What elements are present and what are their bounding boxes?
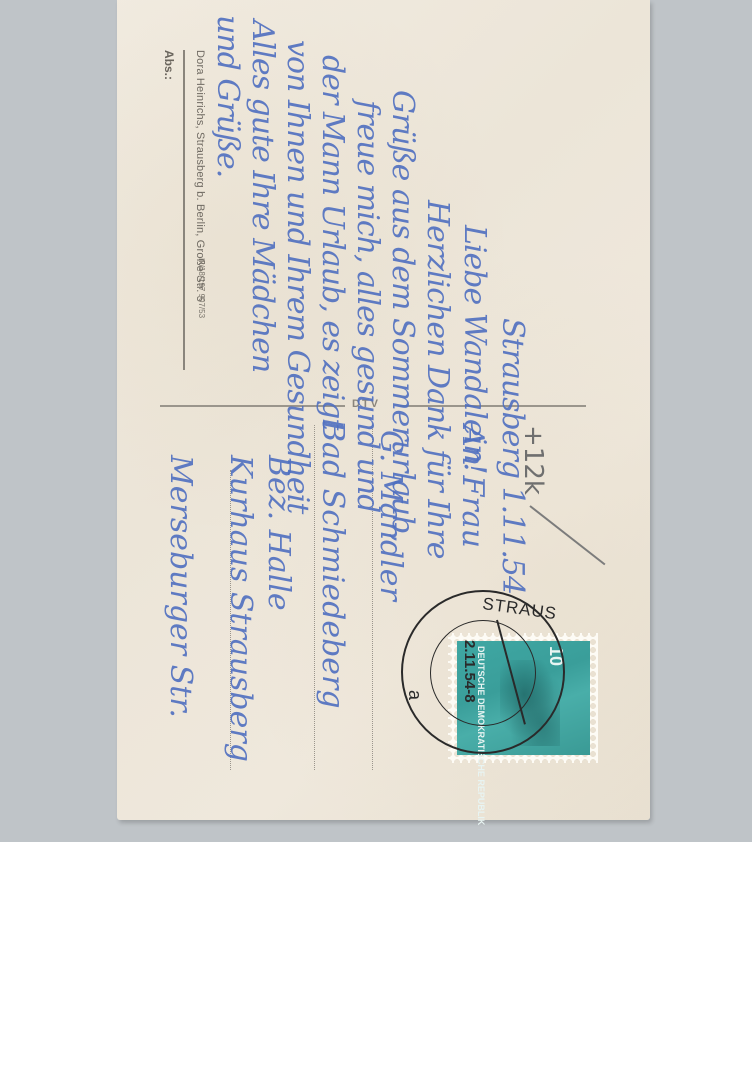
sender-label: Abs.:	[162, 50, 176, 80]
message-line: und Grüße.	[210, 15, 245, 177]
address-line-text: An Frau	[455, 425, 490, 548]
address-line-text: Bad Schmiedeberg	[315, 420, 350, 709]
address-line-text: Bez. Halle	[261, 455, 296, 611]
message-line: von Ihnen und Ihrem Gesundheit	[280, 40, 315, 513]
message-line: der Mann Urlaub, es zeigt	[315, 55, 350, 429]
sender-rule	[183, 50, 185, 370]
message-line: Alles gute Ihre Mädchen	[245, 20, 280, 372]
address-line-text: Kurhaus Strausberg	[223, 455, 258, 762]
message-line: Herzlichen Dank für Ihre	[420, 200, 455, 559]
pencil-note: +12k	[518, 425, 548, 495]
address-line-text: G. Mandler	[373, 430, 408, 601]
postmark-date: 2.11.54-8	[461, 640, 478, 703]
print-code: III/18/197 907/53	[197, 258, 206, 318]
address-line-text: Merseburger Str.	[163, 455, 198, 718]
postmark-letter: a	[404, 690, 425, 700]
